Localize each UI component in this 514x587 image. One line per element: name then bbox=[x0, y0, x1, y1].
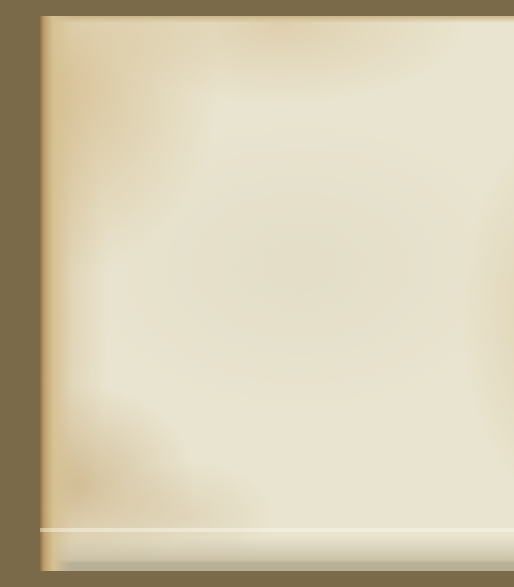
manuscript-scan: Scanned page of a handwritten Hebrew let… bbox=[40, 16, 514, 571]
handwriting-artwork bbox=[40, 16, 514, 571]
